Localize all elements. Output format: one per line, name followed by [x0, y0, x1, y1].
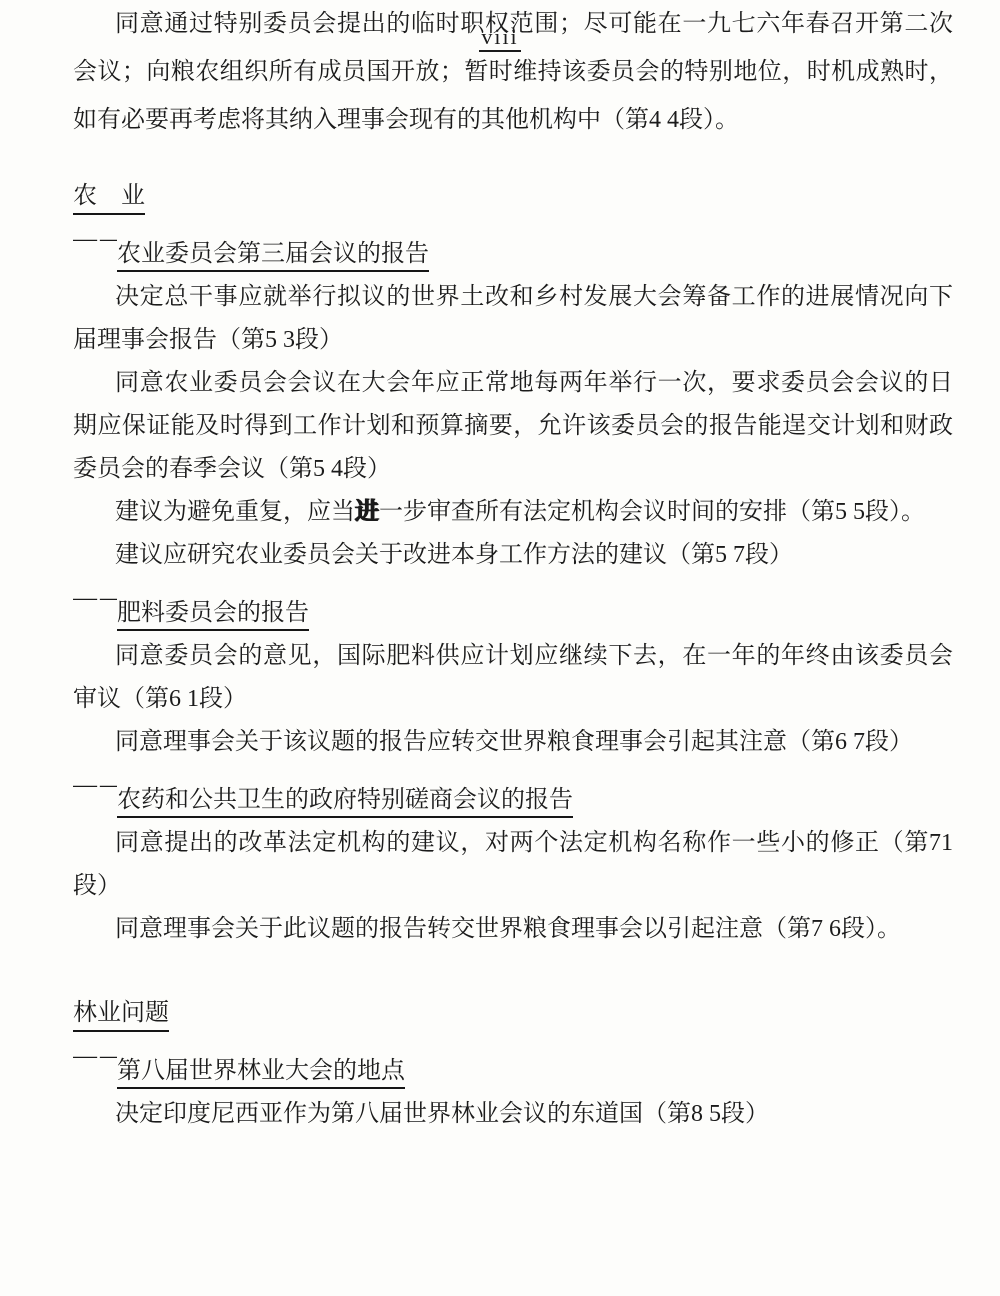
paragraph: 决定总干事应就举行拟议的世界土改和乡村发展大会筹备工作的进展情况向下届理事会报告…: [73, 276, 953, 362]
paragraph: 同意农业委员会会议在大会年应正常地每两年举行一次，要求委员会会议的日期应保证能及…: [73, 362, 953, 491]
item-title-line: ――农业委员会第三届会议的报告: [73, 218, 953, 276]
paragraph: 同意理事会关于该议题的报告应转交世界粮食理事会引起其注意（第6 7段）: [73, 721, 953, 764]
document-page: viii 同意通过特别委员会提出的临时职权范围；尽可能在一九七六年春召开第二次会…: [0, 0, 1000, 1296]
paragraph: 建议应研究农业委员会关于改进本身工作方法的建议（第5 7段）: [73, 534, 953, 577]
item-title-line: ――农药和公共卫生的政府特别磋商会议的报告: [73, 764, 953, 822]
overstruck-character: 进: [355, 499, 379, 525]
item-title-line: ――第八届世界林业大会的地点: [73, 1035, 953, 1093]
section-heading-forestry: 林业问题: [73, 1000, 169, 1032]
section-agriculture: 农 业 ――农业委员会第三届会议的报告 决定总干事应就举行拟议的世界土改和乡村发…: [73, 175, 953, 951]
section-heading-line: 农 业: [73, 175, 953, 218]
paragraph: 同意理事会关于此议题的报告转交世界粮食理事会以引起注意（第7 6段）。: [73, 908, 953, 951]
section-heading-line: 林业问题: [73, 992, 953, 1035]
item-dash: ――: [73, 764, 117, 807]
page-content: 同意通过特别委员会提出的临时职权范围；尽可能在一九七六年春召开第二次会议；向粮农…: [73, 0, 953, 1136]
intro-paragraph: 同意通过特别委员会提出的临时职权范围；尽可能在一九七六年春召开第二次会议；向粮农…: [73, 0, 953, 144]
paragraph: 决定印度尼西亚作为第八届世界林业会议的东道国（第8 5段）: [73, 1093, 953, 1136]
item-dash: ――: [73, 218, 117, 261]
paragraph-with-overstrike: 建议为避免重复，应当进一步审查所有法定机构会议时间的安排（第5 5段）。: [73, 491, 953, 534]
item-title-line: ――肥料委员会的报告: [73, 577, 953, 635]
item-title-pesticides-consultation-report: 农药和公共卫生的政府特别磋商会议的报告: [117, 787, 573, 818]
section-forestry: 林业问题 ――第八届世界林业大会的地点 决定印度尼西亚作为第八届世界林业会议的东…: [73, 992, 953, 1136]
paragraph-text-pre: 建议为避免重复，应当: [115, 499, 355, 525]
section-heading-agriculture: 农 业: [73, 183, 145, 215]
item-dash: ――: [73, 577, 117, 620]
paragraph: 同意提出的改革法定机构的建议，对两个法定机构名称作一些小的修正（第71段）: [73, 822, 953, 908]
paragraph: 同意委员会的意见，国际肥料供应计划应继续下去，在一年的年终由该委员会审议（第6 …: [73, 635, 953, 721]
item-title-agriculture-committee-report: 农业委员会第三届会议的报告: [117, 241, 429, 272]
item-title-fertilizer-committee-report: 肥料委员会的报告: [117, 600, 309, 631]
item-dash: ――: [73, 1035, 117, 1078]
item-title-world-forestry-congress-venue: 第八届世界林业大会的地点: [117, 1058, 405, 1089]
paragraph-text-post: 一步审查所有法定机构会议时间的安排（第5 5段）。: [379, 499, 925, 525]
